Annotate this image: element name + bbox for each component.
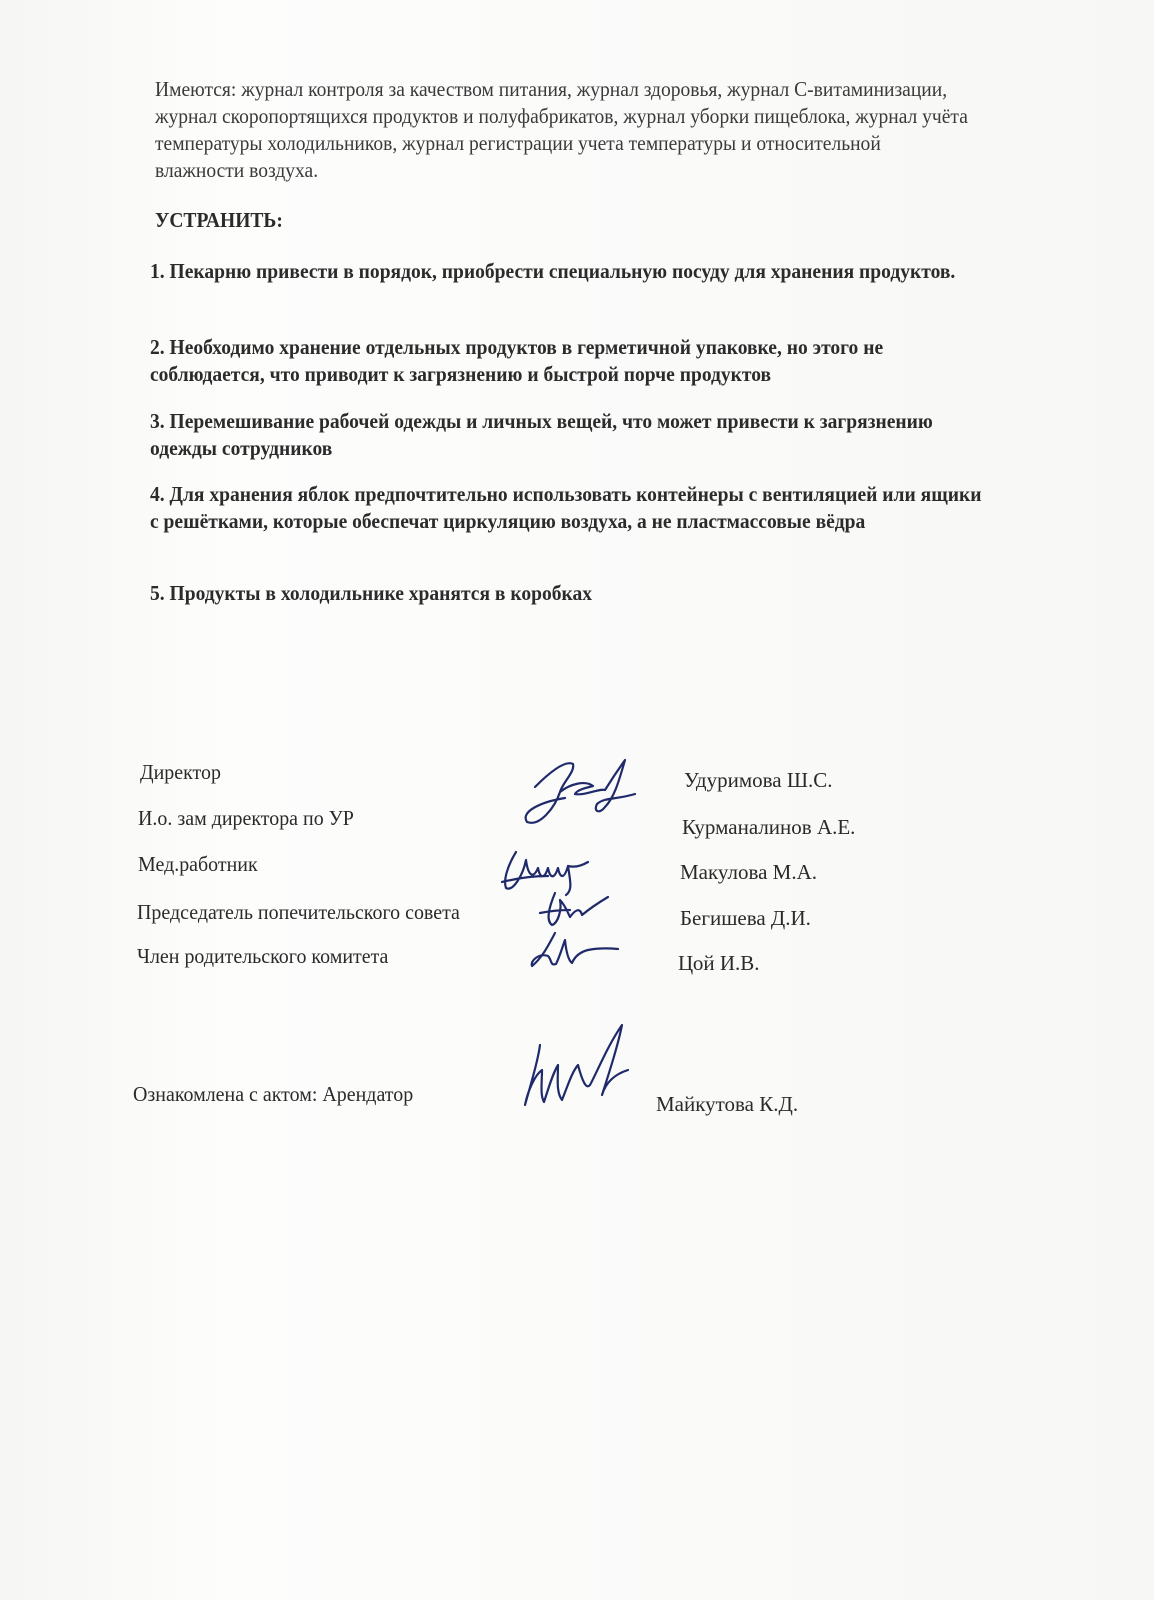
signatory-name: Удуримова Ш.С. (684, 768, 833, 793)
signatory-role: Председатель попечительского совета (137, 900, 460, 925)
signatory-name: Курманалинов А.Е. (682, 815, 855, 840)
signatory-role: Мед.работник (138, 852, 258, 877)
remediation-item: 4. Для хранения яблок предпочтительно ис… (150, 481, 987, 535)
signature-tenant (510, 1020, 640, 1120)
intro-paragraph: Имеются: журнал контроля за качеством пи… (155, 76, 973, 184)
signatory-role: Директор (140, 760, 221, 785)
acknowledgement-role: Ознакомлена с актом: Арендатор (133, 1082, 413, 1107)
signature-parent-committee (520, 928, 630, 978)
section-heading: УСТРАНИТЬ: (155, 208, 283, 233)
remediation-item: 1. Пекарню привести в порядок, приобрест… (150, 258, 987, 285)
signatory-role: И.о. зам директора по УР (138, 806, 354, 831)
signatory-name: Цой И.В. (678, 951, 760, 976)
document-page: Имеются: журнал контроля за качеством пи… (0, 0, 1154, 1600)
remediation-item: 3. Перемешивание рабочей одежды и личных… (150, 408, 987, 462)
remediation-item: 5. Продукты в холодильнике хранятся в ко… (150, 580, 987, 607)
acknowledgement-name: Майкутова К.Д. (656, 1092, 798, 1117)
signature-director (505, 742, 655, 842)
signatory-name: Макулова М.А. (680, 860, 817, 885)
signatory-name: Бегишева Д.И. (680, 906, 811, 931)
remediation-item: 2. Необходимо хранение отдельных продукт… (150, 334, 987, 388)
signatory-role: Член родительского комитета (137, 944, 388, 969)
